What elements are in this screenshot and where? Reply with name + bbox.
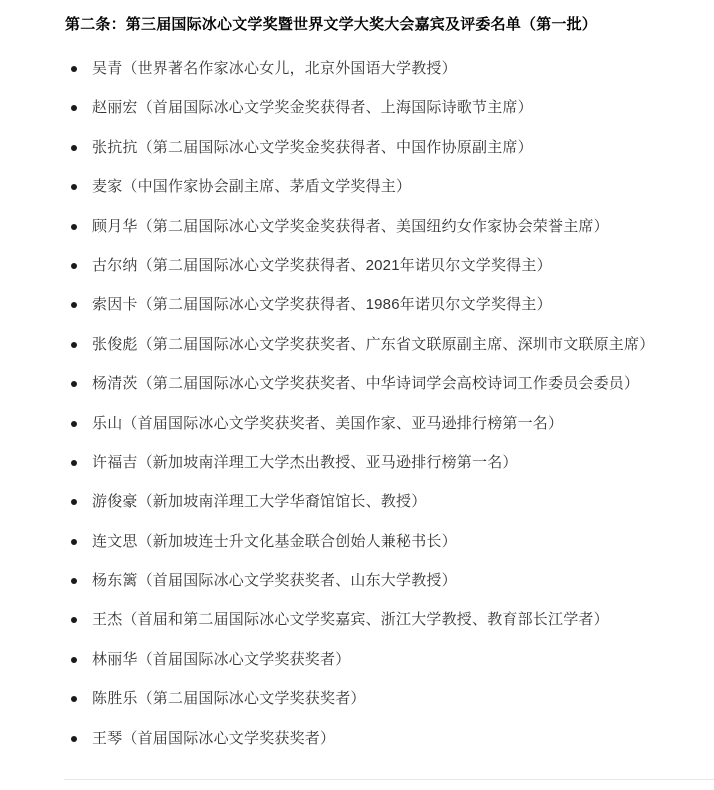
list-item-text: 王琴（首届国际冰心文学奖获奖者） — [92, 730, 335, 747]
list-item: 许福吉（新加坡南洋理工大学杰出教授、亚马逊排行榜第一名） — [65, 453, 694, 473]
list-item-text: 陈胜乐（第二届国际冰心文学奖获奖者） — [92, 690, 366, 707]
bullet-icon — [71, 736, 77, 742]
list-item: 吴青（世界著名作家冰心女儿，北京外国语大学教授） — [65, 59, 694, 79]
list-item: 张俊彪（第二届国际冰心文学奖获奖者、广东省文联原副主席、深圳市文联原主席） — [65, 335, 694, 355]
list-item: 王杰（首届和第二届国际冰心文学奖嘉宾、浙江大学教授、教育部长江学者） — [65, 610, 694, 630]
list-item: 麦家（中国作家协会副主席、茅盾文学奖得主） — [65, 177, 694, 197]
list-item: 张抗抗（第二届国际冰心文学奖金奖获得者、中国作协原副主席） — [65, 138, 694, 158]
list-item-text: 乐山（首届国际冰心文学奖获奖者、美国作家、亚马逊排行榜第一名） — [92, 415, 563, 432]
bullet-icon — [71, 657, 77, 663]
bullet-icon — [71, 381, 77, 387]
list-item-text: 张俊彪（第二届国际冰心文学奖获奖者、广东省文联原副主席、深圳市文联原主席） — [92, 336, 654, 353]
list-item: 连文思（新加坡连士升文化基金联合创始人兼秘书长） — [65, 532, 694, 552]
list-item: 杨清茨（第二届国际冰心文学奖获奖者、中华诗词学会高校诗词工作委员会委员） — [65, 374, 694, 394]
bullet-icon — [71, 460, 77, 466]
list-item-text: 赵丽宏（首届国际冰心文学奖金奖获得者、上海国际诗歌节主席） — [92, 99, 533, 116]
list-item: 赵丽宏（首届国际冰心文学奖金奖获得者、上海国际诗歌节主席） — [65, 98, 694, 118]
bullet-icon — [71, 145, 77, 151]
list-item: 杨东篱（首届国际冰心文学奖获奖者、山东大学教授） — [65, 571, 694, 591]
list-item-text: 顾月华（第二届国际冰心文学奖金奖获得者、美国纽约女作家协会荣誉主席） — [92, 218, 609, 235]
list-item: 古尔纳（第二届国际冰心文学奖获得者、2021年诺贝尔文学奖得主） — [65, 256, 694, 276]
bullet-icon — [71, 66, 77, 72]
document-page: 第二条：第三届国际冰心文学奖暨世界文学大奖大会嘉宾及评委名单（第一批） 吴青（世… — [0, 0, 714, 790]
bullet-icon — [71, 617, 77, 623]
bullet-icon — [71, 578, 77, 584]
bullet-icon — [71, 302, 77, 308]
list-item-text: 王杰（首届和第二届国际冰心文学奖嘉宾、浙江大学教授、教育部长江学者） — [92, 611, 609, 628]
list-item-text: 索因卡（第二届国际冰心文学奖获得者、1986年诺贝尔文学奖得主） — [92, 296, 552, 313]
bullet-icon — [71, 539, 77, 545]
list-item: 林丽华（首届国际冰心文学奖获奖者） — [65, 650, 694, 670]
list-item-text: 连文思（新加坡连士升文化基金联合创始人兼秘书长） — [92, 533, 457, 550]
bullet-icon — [71, 105, 77, 111]
list-item-text: 杨清茨（第二届国际冰心文学奖获奖者、中华诗词学会高校诗词工作委员会委员） — [92, 375, 639, 392]
list-item-text: 麦家（中国作家协会副主席、茅盾文学奖得主） — [92, 178, 411, 195]
list-item-text: 吴青（世界著名作家冰心女儿，北京外国语大学教授） — [92, 60, 457, 77]
list-item: 王琴（首届国际冰心文学奖获奖者） — [65, 729, 694, 749]
bullet-icon — [71, 342, 77, 348]
bullet-icon — [71, 184, 77, 190]
bullet-icon — [71, 263, 77, 269]
page-title: 第二条：第三届国际冰心文学奖暨世界文学大奖大会嘉宾及评委名单（第一批） — [65, 14, 694, 35]
guest-list: 吴青（世界著名作家冰心女儿，北京外国语大学教授） 赵丽宏（首届国际冰心文学奖金奖… — [65, 59, 694, 749]
list-item: 乐山（首届国际冰心文学奖获奖者、美国作家、亚马逊排行榜第一名） — [65, 414, 694, 434]
bullet-icon — [71, 224, 77, 230]
bullet-icon — [71, 499, 77, 505]
list-item-text: 杨东篱（首届国际冰心文学奖获奖者、山东大学教授） — [92, 572, 457, 589]
list-item-text: 林丽华（首届国际冰心文学奖获奖者） — [92, 651, 350, 668]
list-item: 游俊豪（新加坡南洋理工大学华裔馆馆长、教授） — [65, 492, 694, 512]
bottom-divider — [64, 779, 714, 780]
list-item: 陈胜乐（第二届国际冰心文学奖获奖者） — [65, 689, 694, 709]
list-item: 顾月华（第二届国际冰心文学奖金奖获得者、美国纽约女作家协会荣誉主席） — [65, 217, 694, 237]
list-item-text: 游俊豪（新加坡南洋理工大学华裔馆馆长、教授） — [92, 493, 426, 510]
list-item: 索因卡（第二届国际冰心文学奖获得者、1986年诺贝尔文学奖得主） — [65, 295, 694, 315]
list-item-text: 张抗抗（第二届国际冰心文学奖金奖获得者、中国作协原副主席） — [92, 139, 533, 156]
bullet-icon — [71, 696, 77, 702]
list-item-text: 古尔纳（第二届国际冰心文学奖获得者、2021年诺贝尔文学奖得主） — [92, 257, 552, 274]
list-item-text: 许福吉（新加坡南洋理工大学杰出教授、亚马逊排行榜第一名） — [92, 454, 518, 471]
bullet-icon — [71, 421, 77, 427]
